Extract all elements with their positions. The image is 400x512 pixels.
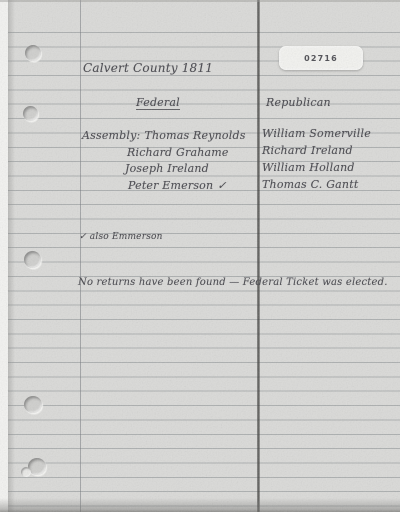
scanned-ledger-page: 02716 Calvert County 1811 Federal Republ…: [0, 0, 400, 512]
variant-check-mark: ✓: [217, 179, 226, 192]
page-title: Calvert County 1811: [83, 62, 213, 74]
catalog-sticker: 02716: [279, 46, 363, 70]
candidate-name-federal: Thomas Reynolds: [144, 129, 245, 142]
candidate-name-federal: Richard Grahame: [127, 147, 229, 158]
candidate-name-federal: Joseph Ireland: [125, 163, 209, 174]
scan-edge-top: [0, 0, 400, 2]
column-divider-line: [257, 0, 260, 512]
table-row: Assembly:Thomas Reynolds: [82, 130, 246, 141]
catalog-number: 02716: [304, 54, 338, 63]
punch-hole: [23, 106, 38, 121]
punch-hole: [24, 251, 41, 268]
scan-edge-bottom: [0, 498, 400, 512]
column-header-federal: Federal: [136, 97, 180, 110]
punch-hole-torn: [28, 458, 46, 475]
punch-hole: [24, 396, 42, 413]
candidate-name-republican: William Holland: [262, 162, 355, 173]
candidate-name-federal: Peter Emerson: [128, 179, 213, 192]
table-row: Peter Emerson✓: [128, 180, 227, 191]
candidate-name-republican: Richard Ireland: [262, 145, 353, 156]
returns-note: No returns have been found — Federal Tic…: [78, 278, 388, 288]
spelling-footnote: ✓ also Emmerson: [79, 233, 163, 242]
margin-line: [80, 0, 81, 512]
candidate-name-republican: William Somerville: [262, 128, 371, 139]
office-label: Assembly:: [82, 129, 140, 142]
candidate-name-republican: Thomas C. Gantt: [262, 179, 358, 190]
punch-hole: [25, 45, 41, 61]
ruled-lines: [8, 32, 400, 512]
scan-edge-shadow: [8, 0, 15, 512]
column-header-republican: Republican: [266, 97, 331, 108]
scan-edge-left: [0, 0, 8, 512]
